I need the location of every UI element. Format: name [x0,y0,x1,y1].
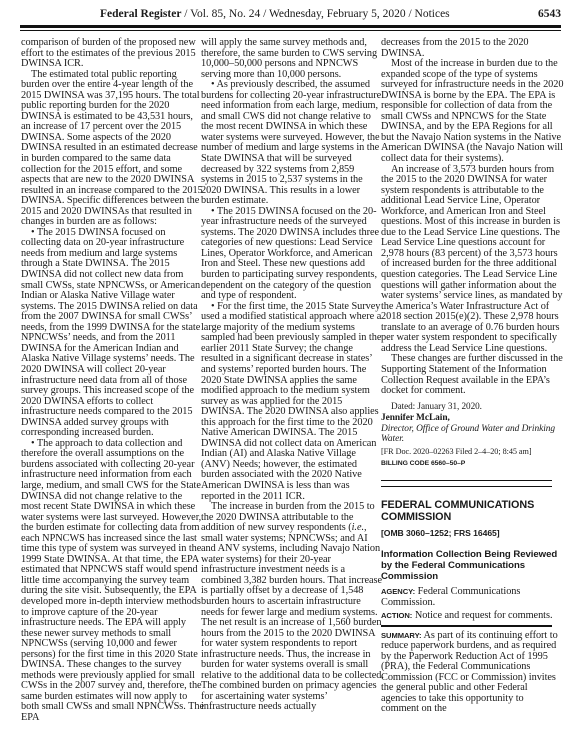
paragraph: Most of the increase in burden due to th… [381,59,564,164]
summary-value: As part of its continuing effort to redu… [381,630,558,715]
header-rule-thin [20,30,561,31]
bullet-item: • The 2015 DWINSA focused on collecting … [21,228,204,439]
paragraph: The increase in burden from the 2015 to … [201,502,384,713]
fr-doc-citation: [FR Doc. 2020–02263 Filed 2–4–20; 8:45 a… [381,447,564,458]
omb-number: [OMB 3060–1252; FRS 16465] [381,528,564,539]
action-label: ACTION: [381,611,412,620]
running-head: Federal Register / Vol. 85, No. 24 / Wed… [100,6,450,22]
summary-divider [381,625,552,627]
text-run: small water systems; NPNCWSs; and AI and… [201,533,384,713]
bullet-item: • The approach to data collection and th… [21,439,204,724]
page-header: Federal Register / Vol. 85, No. 24 / Wed… [20,6,561,22]
agency-heading: FEDERAL COMMUNICATIONS COMMISSION [381,499,564,523]
action-value: Notice and request for comments. [412,610,552,621]
bullet-item: • For the first time, the 2015 State Sur… [201,302,384,502]
paragraph: decreases from the 2015 to the 2020 DWIN… [381,38,564,59]
publication-name: Federal Register [100,8,181,20]
billing-code: BILLING CODE 6560–50–P [381,459,564,470]
header-rule-thick [20,25,561,28]
summary-label: SUMMARY: [381,631,422,640]
paragraph: An increase of 3,573 burden hours from t… [381,165,564,355]
agency-field: AGENCY: Federal Communications Commissio… [381,587,564,608]
bullet-item: • The 2015 DWINSA focused on the 20-year… [201,207,384,302]
bullet-item: • As previously described, the assumed b… [201,80,384,207]
text-run: The increase in burden from the 2015 to … [201,501,375,533]
column-1: comparison of burden of the proposed new… [21,38,204,724]
column-3: decreases from the 2015 to the 2020 DWIN… [381,38,564,715]
column-2: will apply the same survey methods and, … [201,38,384,713]
agency-label: AGENCY: [381,587,415,596]
paragraph: comparison of burden of the proposed new… [21,38,204,70]
section-divider [381,480,552,487]
paragraph: will apply the same survey methods and, … [201,38,384,80]
action-field: ACTION: Notice and request for comments. [381,611,564,622]
document-title: Information Collection Being Reviewed by… [381,549,564,582]
issue-details: / Vol. 85, No. 24 / Wednesday, February … [181,8,449,20]
paragraph: These changes are further discussed in t… [381,354,564,396]
signer-name: Jennifer McLain, [381,413,564,424]
paragraph: The estimated total public reporting bur… [21,70,204,228]
signer-title: Director, Office of Ground Water and Dri… [381,424,564,445]
page-number: 6543 [538,6,561,22]
italic-abbrev: i.e., [352,522,367,533]
dated-line: Dated: January 31, 2020. [381,401,564,412]
summary-field: SUMMARY: As part of its continuing effor… [381,631,564,715]
